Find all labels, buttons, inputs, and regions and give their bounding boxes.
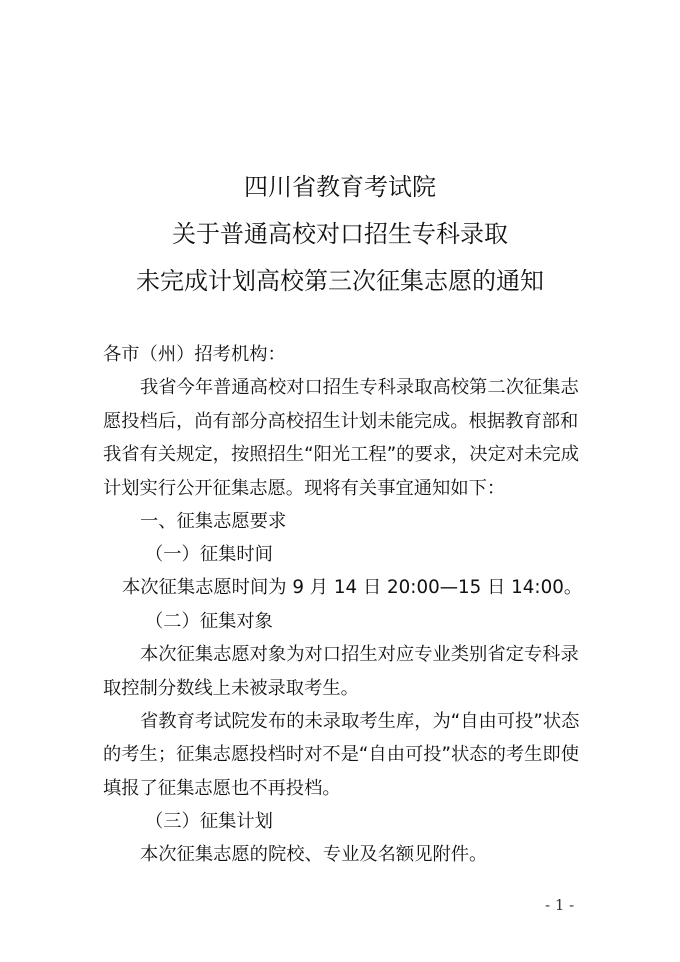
paragraph-line: 本次征集志愿的院校、专业及名额见附件。 [140,843,487,867]
subsection-heading: （三）征集计划 [145,810,273,834]
subsection-heading: （二）征集对象 [145,610,273,634]
paragraph-line: 愿投档后，尚有部分高校招生计划未能完成。根据教育部和 [103,410,578,434]
paragraph-line: 我省有关规定，按照招生“阳光工程”的要求，决定对未完成 [103,443,579,467]
page-number: - 1 - [545,896,574,914]
subsection-heading: （一）征集时间 [145,543,273,567]
paragraph-line: 取控制分数线上未被录取考生。 [103,677,359,701]
paragraph-line: 本次征集志愿时间为 9 月 14 日 20:00—15 日 14:00。 [122,576,582,600]
title-line-1: 四川省教育考试院 [0,172,680,202]
section-heading: 一、征集志愿要求 [140,510,286,534]
title-line-2: 关于普通高校对口招生专科录取 [0,219,680,249]
title-line-3: 未完成计划高校第三次征集志愿的通知 [0,266,680,296]
paragraph-line: 我省今年普通高校对口招生专科录取高校第二次征集志 [140,376,579,400]
paragraph-line: 的考生；征集志愿投档时对不是“自由可投”状态的考生即使 [103,743,579,767]
paragraph-line: 计划实行公开征集志愿。现将有关事宜通知如下： [103,477,505,501]
paragraph-line: 填报了征集志愿也不再投档。 [103,777,341,801]
salutation: 各市（州）招考机构： [103,343,286,367]
paragraph-line: 本次征集志愿对象为对口招生对应专业类别省定专科录 [140,643,579,667]
paragraph-line: 省教育考试院发布的未录取考生库，为“自由可投”状态 [140,710,579,734]
